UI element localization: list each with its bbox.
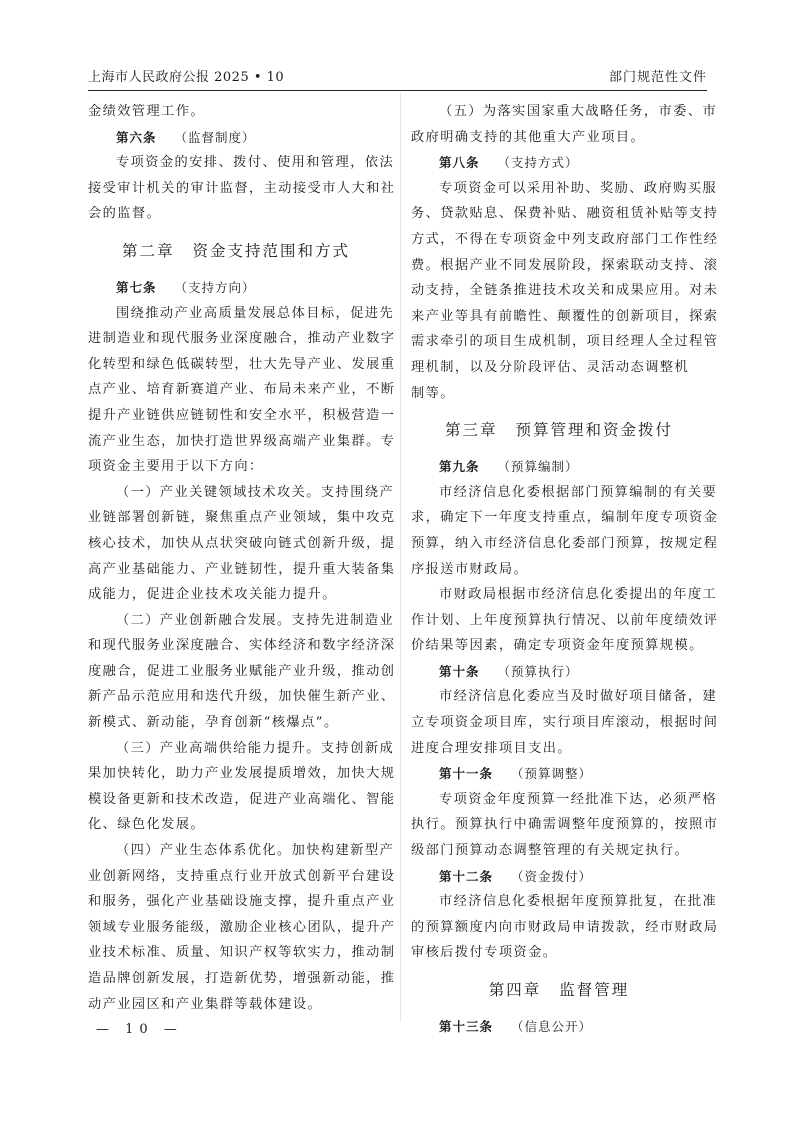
body-text-line: （三）产业高端供给能力提升。支持创新成 <box>88 736 384 762</box>
chapter-number: 第三章 <box>445 421 498 439</box>
body-text-line: 进制造业和现代服务业深度融合，推动产业数字 <box>88 326 384 352</box>
body-text-line: 专项资金可以采用补助、奖励、政府购买服 <box>411 176 707 202</box>
body-text-line: 级部门预算动态调整管理的有关规定执行。 <box>411 838 707 864</box>
body-text-line: 会的监督。 <box>88 201 384 227</box>
body-text-line: 化、绿色化发展。 <box>88 812 384 838</box>
article-heading: 第六条（监督制度） <box>88 125 384 151</box>
body-text-line: 和服务，强化产业基础设施支撑，提升重点产业 <box>88 889 384 915</box>
body-text-line: 专项资金年度预算一经批准下达，必须严格 <box>411 787 707 813</box>
body-text-line: （四）产业生态体系优化。加快构建新型产 <box>88 838 384 864</box>
article-heading: 第十一条（预算调整） <box>411 761 707 787</box>
body-text-line: 进度合理安排项目支出。 <box>411 736 707 762</box>
body-text-line: 价结果等因素，确定专项资金年度预算规模。 <box>411 633 707 659</box>
body-text-line: 的预算额度内向市财政局申请拨款，经市财政局 <box>411 915 707 941</box>
article-title: （监督制度） <box>175 130 256 145</box>
body-text-line: 造品牌创新发展，打造新优势，增强新动能，推 <box>88 966 384 992</box>
body-text-line: 市经济信息化委应当及时做好项目储备，建 <box>411 684 707 710</box>
chapter-heading: 第四章监督管理 <box>411 966 707 1014</box>
body-text-line: 动支持，全链条推进技术攻关和成果应用。对未 <box>411 278 707 304</box>
article-title: （资金拨付） <box>511 869 592 884</box>
chapter-title: 监督管理 <box>559 981 629 999</box>
body-text-line: 围绕推动产业高质量发展总体目标，促进先 <box>88 301 384 327</box>
body-text-line: 项资金主要用于以下方向： <box>88 454 384 480</box>
chapter-number: 第四章 <box>489 981 542 999</box>
body-text-line: 新模式、新动能，孕育创新“核爆点”。 <box>88 710 384 736</box>
article-number: 第十三条 <box>439 1019 493 1034</box>
article-number: 第九条 <box>439 459 480 474</box>
article-heading: 第十二条（资金拨付） <box>411 864 707 890</box>
body-text-line: 政府明确支持的其他重大产业项目。 <box>411 125 707 151</box>
body-text-line: 金绩效管理工作。 <box>88 99 384 125</box>
article-title: （信息公开） <box>511 1019 592 1034</box>
body-text-line: 业技术标准、质量、知识产权等软实力，推动制 <box>88 940 384 966</box>
page-number: — 10 — <box>96 1022 183 1037</box>
body-text-line: 务、贷款贴息、保费补贴、融资租赁补贴等支持 <box>411 201 707 227</box>
article-title: （支持方式） <box>498 155 579 170</box>
article-number: 第八条 <box>439 155 480 170</box>
body-text-line: 立专项资金项目库，实行项目库滚动，根据时间 <box>411 710 707 736</box>
column-divider <box>400 92 401 1022</box>
body-text-line: 业创新网络，支持重点行业开放式创新平台建设 <box>88 864 384 890</box>
chapter-heading: 第二章资金支持范围和方式 <box>88 227 384 275</box>
body-text-line: 业链部署创新链，聚焦重点产业领域，集中攻克 <box>88 505 384 531</box>
chapter-title: 预算管理和资金拨付 <box>516 421 674 439</box>
right-column: （五）为落实国家重大战略任务，市委、市政府明确支持的其他重大产业项目。第八条（支… <box>411 99 707 1040</box>
article-heading: 第十三条（信息公开） <box>411 1014 707 1040</box>
article-heading: 第七条（支持方向） <box>88 275 384 301</box>
body-text-line: 接受审计机关的审计监督，主动接受市人大和社 <box>88 176 384 202</box>
header-rule <box>88 90 707 91</box>
body-text-line: 方式，不得在专项资金中列支政府部门工作性经 <box>411 227 707 253</box>
body-text-line: 求，确定下一年度支持重点，编制年度专项资金 <box>411 505 707 531</box>
article-title: （预算编制） <box>498 459 579 474</box>
body-text-line: 预算，纳入市经济信息化委部门预算，按规定程 <box>411 531 707 557</box>
body-text-line: 市经济信息化委根据年度预算批复，在批准 <box>411 889 707 915</box>
body-text-line: 度融合，促进工业服务业赋能产业升级，推动创 <box>88 659 384 685</box>
article-heading: 第九条（预算编制） <box>411 454 707 480</box>
body-text-line: 审核后拨付专项资金。 <box>411 940 707 966</box>
body-text-line: 新产品示范应用和迭代升级，加快催生新产业、 <box>88 684 384 710</box>
body-text-line: 果加快转化，助力产业发展提质增效，加快大规 <box>88 761 384 787</box>
body-text-line: 序报送市财政局。 <box>411 557 707 583</box>
chapter-heading: 第三章预算管理和资金拨付 <box>411 406 707 454</box>
body-text-line: 和现代服务业深度融合、实体经济和数字经济深 <box>88 633 384 659</box>
article-number: 第十条 <box>439 664 480 679</box>
chapter-title: 资金支持范围和方式 <box>193 242 351 260</box>
body-text-line: 高产业基础能力、产业链韧性，提升重大装备集 <box>88 557 384 583</box>
article-heading: 第十条（预算执行） <box>411 659 707 685</box>
body-text-line: 市经济信息化委根据部门预算编制的有关要 <box>411 480 707 506</box>
body-text-line: 来产业等具有前瞻性、颠覆性的创新项目，探索 <box>411 304 707 330</box>
body-text-line: 市财政局根据市经济信息化委提出的年度工 <box>411 582 707 608</box>
body-text-line: 需求牵引的项目生成机制，项目经理人全过程管 <box>411 329 707 355</box>
body-text-line: （一）产业关键领域技术攻关。支持围绕产 <box>88 480 384 506</box>
body-text-line: 成能力，促进企业技术攻关能力提升。 <box>88 582 384 608</box>
body-text-line: （五）为落实国家重大战略任务，市委、市 <box>411 99 707 125</box>
body-text-line: 提升产业链供应链韧性和安全水平，积极营造一 <box>88 403 384 429</box>
body-text-line: 理机制，以及分阶段评估、灵活动态调整机 <box>411 355 707 381</box>
left-column: 金绩效管理工作。第六条（监督制度）专项资金的安排、拨付、使用和管理，依法接受审计… <box>88 99 384 1017</box>
body-text-line: 化转型和绿色低碳转型，壮大先导产业、发展重 <box>88 352 384 378</box>
body-text-line: 动产业园区和产业集群等载体建设。 <box>88 992 384 1018</box>
body-text-line: （二）产业创新融合发展。支持先进制造业 <box>88 608 384 634</box>
article-title: （支持方向） <box>175 280 256 295</box>
article-title: （预算调整） <box>511 766 592 781</box>
article-heading: 第八条（支持方式） <box>411 150 707 176</box>
article-number: 第十二条 <box>439 869 493 884</box>
article-number: 第十一条 <box>439 766 493 781</box>
body-text-line: 核心技术，加快从点状突破向链式创新升级，提 <box>88 531 384 557</box>
section-label: 部门规范性文件 <box>609 66 707 85</box>
article-title: （预算执行） <box>498 664 579 679</box>
body-text-line: 点产业、培育新赛道产业、布局未来产业，不断 <box>88 377 384 403</box>
body-text-line: 流产业生态，加快打造世界级高端产业集群。专 <box>88 429 384 455</box>
article-number: 第六条 <box>116 130 157 145</box>
body-text-line: 领域专业服务能级，激励企业核心团队，提升产 <box>88 915 384 941</box>
article-number: 第七条 <box>116 280 157 295</box>
body-text-line: 模设备更新和技术改造，促进产业高端化、智能 <box>88 787 384 813</box>
body-text-line: 费。根据产业不同发展阶段，探索联动支持、滚 <box>411 253 707 279</box>
body-text-line: 执行。预算执行中确需调整年度预算的，按照市 <box>411 812 707 838</box>
body-text-line: 制等。 <box>411 381 707 407</box>
chapter-number: 第二章 <box>122 242 175 260</box>
page-header: 上海市人民政府公报 2025 • 10 部门规范性文件 <box>88 66 707 88</box>
body-text-line: 作计划、上年度预算执行情况、以前年度绩效评 <box>411 608 707 634</box>
publication-title: 上海市人民政府公报 2025 • 10 <box>88 66 284 85</box>
body-text-line: 专项资金的安排、拨付、使用和管理，依法 <box>88 150 384 176</box>
